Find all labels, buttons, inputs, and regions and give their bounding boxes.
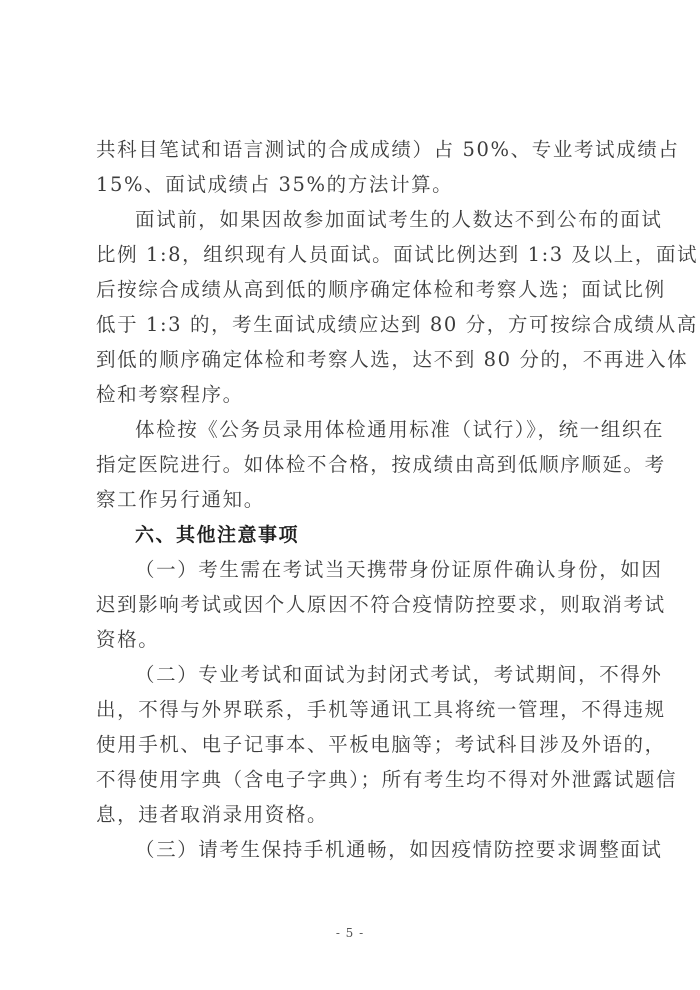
text-line: 低于 1:3 的，考生面试成绩应达到 80 分，方可按综合成绩从高 <box>96 308 608 342</box>
text-line: 指定医院进行。如体检不合格，按成绩由高到低顺序顺延。考 <box>96 448 608 482</box>
text-line: （三）请考生保持手机通畅，如因疫情防控要求调整面试 <box>135 833 608 867</box>
text-line: 息，违者取消录用资格。 <box>96 798 608 832</box>
text-line: 比例 1:8，组织现有人员面试。面试比例达到 1:3 及以上，面试 <box>96 238 608 272</box>
text-line: 共科目笔试和语言测试的合成成绩）占 50%、专业考试成绩占 <box>96 133 608 167</box>
text-line: 检和考察程序。 <box>96 378 608 412</box>
text-line: 15%、面试成绩占 35%的方法计算。 <box>96 168 608 202</box>
text-line: 不得使用字典（含电子字典）；所有考生均不得对外泄露试题信 <box>96 763 608 797</box>
text-line: 使用手机、电子记事本、平板电脑等；考试科目涉及外语的， <box>96 728 608 762</box>
text-line: 出，不得与外界联系，手机等通讯工具将统一管理，不得违规 <box>96 693 608 727</box>
text-line: 体检按《公务员录用体检通用标准（试行）》，统一组织在 <box>135 413 608 447</box>
text-line: 面试前，如果因故参加面试考生的人数达不到公布的面试 <box>135 203 608 237</box>
text-line: 到低的顺序确定体检和考察人选，达不到 80 分的，不再进入体 <box>96 343 608 377</box>
text-line: 资格。 <box>96 623 608 657</box>
section-heading: 六、其他注意事项 <box>135 518 299 552</box>
text-line: 后按综合成绩从高到低的顺序确定体检和考察人选；面试比例 <box>96 273 608 307</box>
page-number: - 5 - <box>0 926 700 940</box>
text-line: （二）专业考试和面试为封闭式考试，考试期间，不得外 <box>135 658 608 692</box>
text-line: 察工作另行通知。 <box>96 483 608 517</box>
text-line: （一）考生需在考试当天携带身份证原件确认身份，如因 <box>135 553 608 587</box>
document-page: 共科目笔试和语言测试的合成成绩）占 50%、专业考试成绩占 15%、面试成绩占 … <box>0 0 700 990</box>
text-line: 迟到影响考试或因个人原因不符合疫情防控要求，则取消考试 <box>96 588 608 622</box>
